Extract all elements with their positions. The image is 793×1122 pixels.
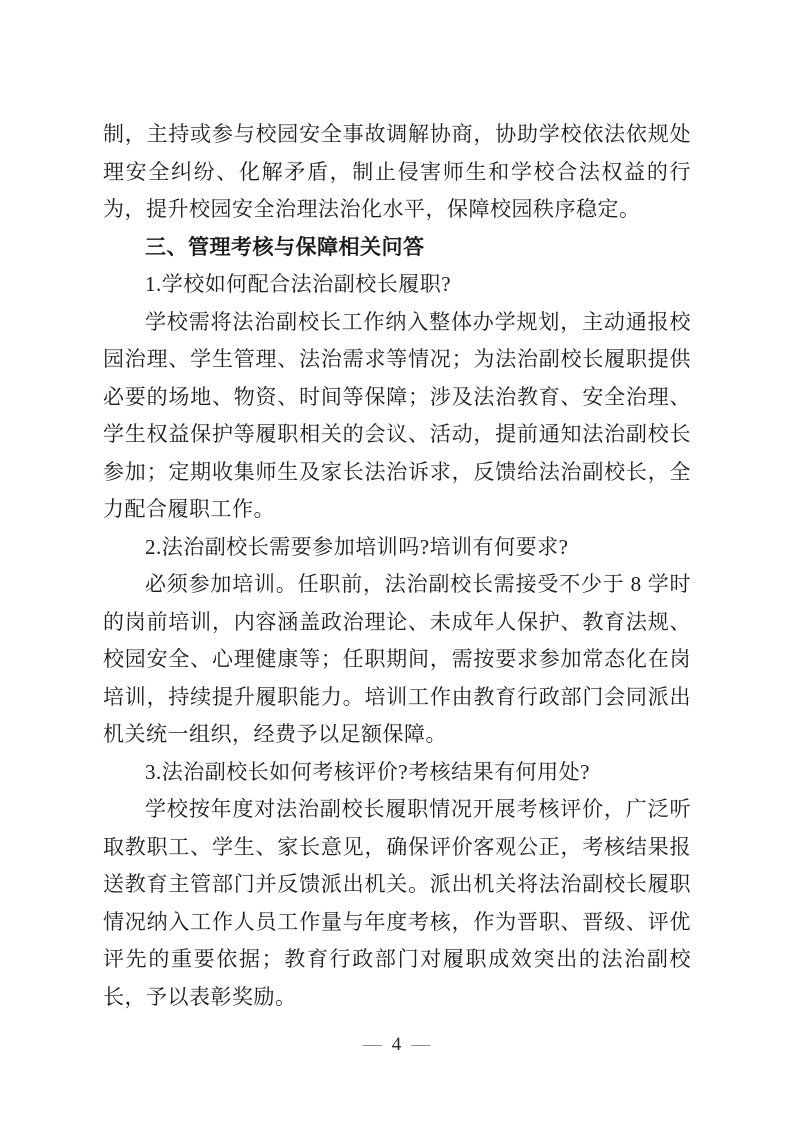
- document-page: 制，主持或参与校园安全事故调解协商，协助学校依法依规处理安全纠纷、化解矛盾，制止…: [0, 0, 793, 1122]
- footer-dash-left: —: [353, 1034, 392, 1055]
- page-number: 4: [392, 1034, 402, 1055]
- document-body: 制，主持或参与校园安全事故调解协商，协助学校依法依规处理安全纠纷、化解矛盾，制止…: [103, 116, 691, 1016]
- question-2: 2.法治副校长需要参加培训吗?培训有何要求?: [103, 529, 691, 567]
- question-3: 3.法治副校长如何考核评价?考核结果有何用处?: [103, 754, 691, 792]
- answer-3: 学校按年度对法治副校长履职情况开展考核评价，广泛听取教职工、学生、家长意见，确保…: [103, 791, 691, 1016]
- answer-1: 学校需将法治副校长工作纳入整体办学规划，主动通报校园治理、学生管理、法治需求等情…: [103, 304, 691, 529]
- question-1: 1.学校如何配合法治副校长履职?: [103, 266, 691, 304]
- page-footer: —4—: [0, 1031, 793, 1059]
- footer-dash-right: —: [401, 1034, 440, 1055]
- paragraph-continuation: 制，主持或参与校园安全事故调解协商，协助学校依法依规处理安全纠纷、化解矛盾，制止…: [103, 116, 691, 229]
- answer-2: 必须参加培训。任职前，法治副校长需接受不少于 8 学时的岗前培训，内容涵盖政治理…: [103, 566, 691, 754]
- section-heading: 三、管理考核与保障相关问答: [103, 229, 691, 267]
